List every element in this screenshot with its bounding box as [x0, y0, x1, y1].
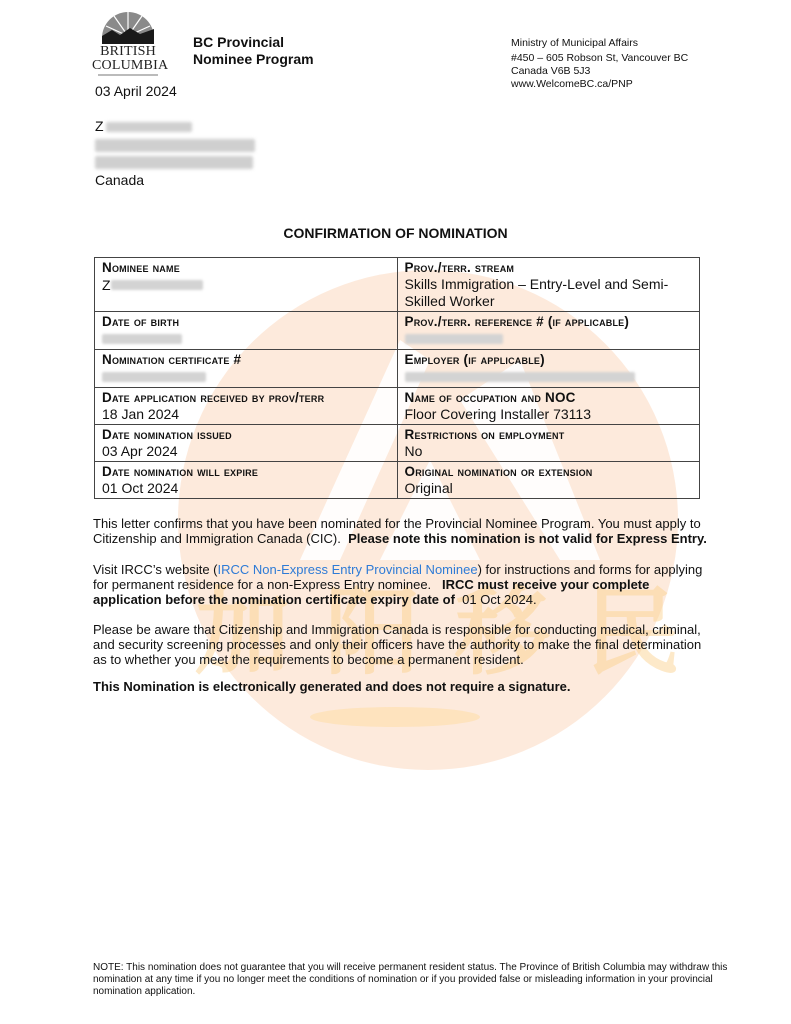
table-cell-right: Prov./terr. streamSkills Immigration – E… [397, 258, 700, 312]
redacted-value [405, 334, 503, 344]
field-label: Date nomination issued [102, 426, 390, 443]
field-value: Skills Immigration – Entry-Level and Sem… [405, 276, 693, 310]
logo-line2: COLUMBIA [92, 58, 164, 74]
website-link[interactable]: www.WelcomeBC.ca/PNP [511, 78, 688, 91]
field-label: Original nomination or extension [405, 463, 693, 480]
table-row: Date of birthProv./terr. reference # (if… [95, 312, 700, 350]
field-value [102, 330, 390, 348]
table-cell-right: Name of occupation and NOCFloor Covering… [397, 388, 700, 425]
redacted-name [106, 122, 192, 132]
field-value: Z [102, 276, 390, 294]
p2-date: 01 Oct 2024. [462, 592, 536, 607]
logo-underline [98, 74, 158, 76]
recipient-country: Canada [95, 171, 255, 189]
paragraph-screening: Please be aware that Citizenship and Imm… [93, 622, 713, 667]
table-cell-right: Restrictions on employmentNo [397, 425, 700, 462]
redacted-value [102, 334, 182, 344]
field-label: Employer (if applicable) [405, 351, 693, 368]
recipient-name: Z [95, 117, 255, 135]
field-label: Name of occupation and NOC [405, 389, 693, 406]
redacted-value [405, 372, 635, 382]
p2-pre: Visit IRCC’s website ( [93, 562, 218, 577]
footer-note: NOTE: This nomination does not guarantee… [93, 962, 733, 998]
field-value: Floor Covering Installer 73113 [405, 406, 693, 423]
paragraph-confirmation: This letter confirms that you have been … [93, 516, 713, 546]
field-label: Nominee name [102, 259, 390, 276]
field-value: 18 Jan 2024 [102, 406, 390, 423]
redacted-street [95, 139, 255, 152]
field-value [102, 368, 390, 386]
table-cell-left: Nomination certificate # [95, 350, 398, 388]
paragraph-ircc: Visit IRCC’s website (IRCC Non-Express E… [93, 562, 713, 607]
table-row: Nomination certificate #Employer (if app… [95, 350, 700, 388]
p1-bold: Please note this nomination is not valid… [348, 531, 707, 546]
table-row: Date nomination issued03 Apr 2024Restric… [95, 425, 700, 462]
ministry-name: Ministry of Municipal Affairs [511, 37, 688, 50]
sun-mountain-icon [100, 8, 156, 44]
field-value [405, 368, 693, 386]
field-value: No [405, 443, 693, 460]
recipient-address: Z Canada [95, 117, 255, 189]
field-label: Prov./terr. stream [405, 259, 693, 276]
field-label: Date of birth [102, 313, 390, 330]
table-row: Nominee nameZProv./terr. streamSkills Im… [95, 258, 700, 312]
program-name: BC Provincial Nominee Program [193, 34, 314, 68]
bc-logo: BRITISH COLUMBIA [92, 8, 164, 74]
field-label: Date application received by prov/terr [102, 389, 390, 406]
letter-date: 03 April 2024 [95, 83, 177, 99]
field-value: 01 Oct 2024 [102, 480, 390, 497]
field-label: Prov./terr. reference # (if applicable) [405, 313, 693, 330]
ircc-link[interactable]: IRCC Non-Express Entry Provincial Nomine… [218, 562, 478, 577]
table-row: Date nomination will expire01 Oct 2024Or… [95, 462, 700, 499]
redacted-value [102, 372, 206, 382]
address-line2: Canada V6B 5J3 [511, 65, 688, 78]
field-label: Nomination certificate # [102, 351, 390, 368]
field-value-visible: Z [102, 277, 111, 293]
field-value: Original [405, 480, 693, 497]
table-cell-left: Nominee nameZ [95, 258, 398, 312]
table-cell-right: Employer (if applicable) [397, 350, 700, 388]
field-label: Restrictions on employment [405, 426, 693, 443]
table-cell-right: Original nomination or extensionOriginal [397, 462, 700, 499]
paragraph-signature: This Nomination is electronically genera… [93, 679, 713, 694]
p4-bold: This Nomination is electronically genera… [93, 679, 571, 694]
redacted-city [95, 156, 253, 169]
field-value [405, 330, 693, 348]
field-value: 03 Apr 2024 [102, 443, 390, 460]
field-label: Date nomination will expire [102, 463, 390, 480]
table-cell-left: Date application received by prov/terr18… [95, 388, 398, 425]
redacted-value [111, 280, 203, 290]
table-cell-left: Date nomination will expire01 Oct 2024 [95, 462, 398, 499]
address-line1: #450 – 605 Robson St, Vancouver BC [511, 52, 688, 65]
document-title: CONFIRMATION OF NOMINATION [0, 225, 791, 241]
table-row: Date application received by prov/terr18… [95, 388, 700, 425]
program-line1: BC Provincial [193, 34, 314, 51]
nomination-table: Nominee nameZProv./terr. streamSkills Im… [94, 257, 700, 499]
table-cell-left: Date nomination issued03 Apr 2024 [95, 425, 398, 462]
recipient-name-initial: Z [95, 118, 104, 134]
table-cell-left: Date of birth [95, 312, 398, 350]
ministry-address: Ministry of Municipal Affairs #450 – 605… [511, 37, 688, 91]
program-line2: Nominee Program [193, 51, 314, 68]
table-cell-right: Prov./terr. reference # (if applicable) [397, 312, 700, 350]
